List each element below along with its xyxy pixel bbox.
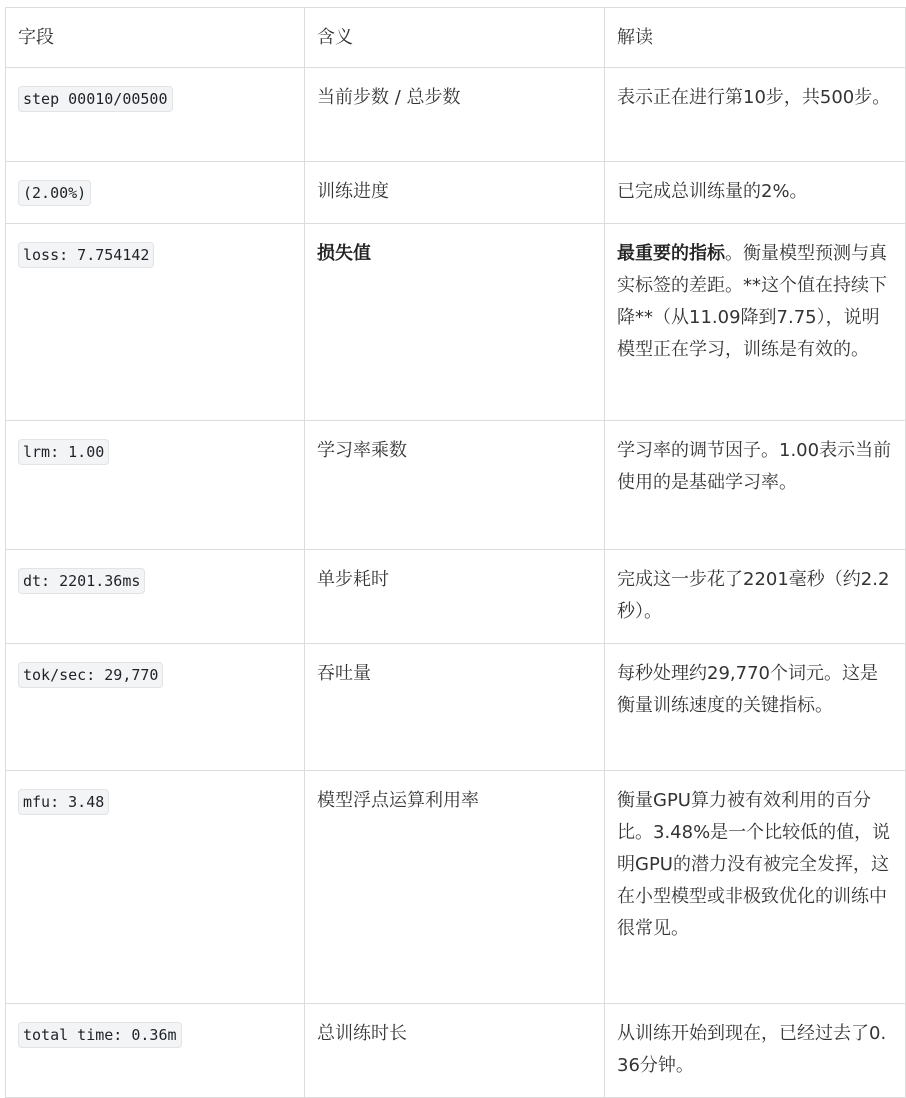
field-cell: mfu: 3.48: [6, 771, 305, 1004]
table-row: mfu: 3.48 模型浮点运算利用率 衡量GPU算力被有效利用的百分比。3.4…: [6, 771, 906, 1004]
interpretation-cell: 已完成总训练量的2%。: [605, 162, 906, 224]
field-code: lrm: 1.00: [18, 439, 109, 465]
field-cell: lrm: 1.00: [6, 421, 305, 550]
meaning-cell: 当前步数 / 总步数: [305, 68, 605, 162]
field-cell: dt: 2201.36ms: [6, 550, 305, 644]
interpretation-cell: 最重要的指标。衡量模型预测与真实标签的差距。**这个值在持续下降**（从11.0…: [605, 224, 906, 421]
field-code: total time: 0.36m: [18, 1022, 182, 1048]
table-row: tok/sec: 29,770 吞吐量 每秒处理约29,770个词元。这是衡量训…: [6, 644, 906, 771]
table-row: step 00010/00500 当前步数 / 总步数 表示正在进行第10步，共…: [6, 68, 906, 162]
table-header-row: 字段 含义 解读: [6, 8, 906, 68]
meaning-cell: 学习率乘数: [305, 421, 605, 550]
field-code: tok/sec: 29,770: [18, 662, 163, 688]
field-cell: loss: 7.754142: [6, 224, 305, 421]
header-meaning: 含义: [305, 8, 605, 68]
table-row: lrm: 1.00 学习率乘数 学习率的调节因子。1.00表示当前使用的是基础学…: [6, 421, 906, 550]
metrics-explanation-table: 字段 含义 解读 step 00010/00500 当前步数 / 总步数 表示正…: [5, 7, 906, 1098]
field-cell: tok/sec: 29,770: [6, 644, 305, 771]
header-field: 字段: [6, 8, 305, 68]
interpretation-cell: 表示正在进行第10步，共500步。: [605, 68, 906, 162]
meaning-cell: 模型浮点运算利用率: [305, 771, 605, 1004]
meaning-cell: 总训练时长: [305, 1004, 605, 1098]
field-code: (2.00%): [18, 180, 91, 206]
field-code: step 00010/00500: [18, 86, 173, 112]
table-row: (2.00%) 训练进度 已完成总训练量的2%。: [6, 162, 906, 224]
table-row: dt: 2201.36ms 单步耗时 完成这一步花了2201毫秒（约2.2秒）。: [6, 550, 906, 644]
interpretation-cell: 每秒处理约29,770个词元。这是衡量训练速度的关键指标。: [605, 644, 906, 771]
meaning-cell: 损失值: [305, 224, 605, 421]
field-code: dt: 2201.36ms: [18, 568, 145, 594]
meaning-cell: 单步耗时: [305, 550, 605, 644]
field-cell: step 00010/00500: [6, 68, 305, 162]
meaning-cell: 训练进度: [305, 162, 605, 224]
field-code: loss: 7.754142: [18, 242, 154, 268]
interpretation-cell: 从训练开始到现在，已经过去了0.36分钟。: [605, 1004, 906, 1098]
meaning-bold-text: 损失值: [317, 243, 371, 264]
metrics-explanation-table-container: 字段 含义 解读 step 00010/00500 当前步数 / 总步数 表示正…: [5, 7, 905, 1098]
interpretation-cell: 衡量GPU算力被有效利用的百分比。3.48%是一个比较低的值，说明GPU的潜力没…: [605, 771, 906, 1004]
table-row: loss: 7.754142 损失值 最重要的指标。衡量模型预测与真实标签的差距…: [6, 224, 906, 421]
field-cell: (2.00%): [6, 162, 305, 224]
field-code: mfu: 3.48: [18, 789, 109, 815]
interpretation-bold-text: 最重要的指标: [617, 243, 725, 264]
header-interpretation: 解读: [605, 8, 906, 68]
table-row: total time: 0.36m 总训练时长 从训练开始到现在，已经过去了0.…: [6, 1004, 906, 1098]
meaning-cell: 吞吐量: [305, 644, 605, 771]
field-cell: total time: 0.36m: [6, 1004, 305, 1098]
interpretation-cell: 学习率的调节因子。1.00表示当前使用的是基础学习率。: [605, 421, 906, 550]
interpretation-cell: 完成这一步花了2201毫秒（约2.2秒）。: [605, 550, 906, 644]
